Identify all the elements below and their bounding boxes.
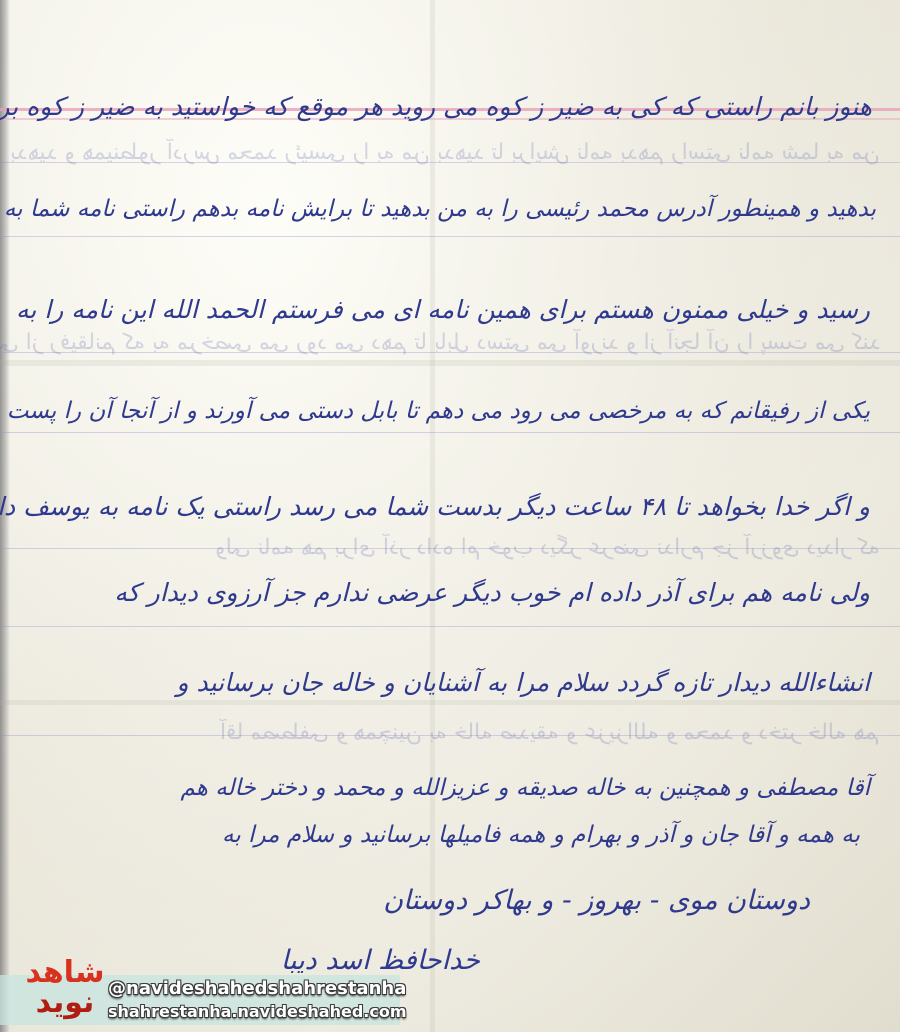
letter-signature: خداحافظ اسد دیبا (281, 945, 480, 976)
bleed-through-text: ولی نامه هم برای آذر داده ام خوب دیگر عر… (215, 535, 880, 560)
bleed-through-text: آقا مصطفی و همچنین به خاله صدیقه و عزیزا… (220, 720, 880, 745)
ruled-line (0, 432, 900, 433)
bleed-through-text: بدهید و همینطور آدرس محمد رئیسی را به من… (10, 140, 880, 165)
letter-line-3: رسید و خیلی ممنون هستم برای همین نامه ای… (16, 295, 870, 324)
navideshahed-logo: شاهد نوید (24, 958, 106, 1026)
letter-line-6: ولی نامه هم برای آذر داده ام خوب دیگر عر… (114, 578, 870, 607)
letter-line-9: به همه و آقا جان و آذر و بهرام و همه فام… (222, 822, 860, 848)
paper-crease (0, 700, 900, 705)
bleed-through-text: یکی از رفیقانم که به مرخصی می رود می دهم… (0, 330, 880, 355)
logo-text-top: شاهد (24, 958, 106, 988)
letter-line-7: انشاءالله دیدار تازه گردد سلام مرا به آش… (176, 668, 870, 697)
letter-line-1: هنوز بانم راستی که کی به ضیر ز کوه می رو… (0, 92, 872, 121)
logo-text-bottom: نوید (24, 988, 106, 1018)
ruled-line (0, 626, 900, 627)
letter-line-4: یکی از رفیقانم که به مرخصی می رود می دهم… (0, 398, 870, 424)
watermark-website: shahrestanha.navideshahed.com (108, 1002, 407, 1021)
letter-line-8: آقا مصطفی و همچنین به خاله صدیقه و عزیزا… (180, 775, 870, 801)
letter-line-2: بدهید و همینطور آدرس محمد رئیسی را به من… (0, 196, 876, 222)
paper-crease (0, 360, 900, 366)
watermark-handle: @navideshahedshahrestanha (108, 978, 406, 999)
ruled-line (0, 236, 900, 237)
letter-line-5: و اگر خدا بخواهد تا ۴۸ ساعت دیگر بدست شم… (0, 492, 870, 521)
letter-closing: دوستان موی - بهروز - و بهاکر دوستان (383, 885, 810, 916)
